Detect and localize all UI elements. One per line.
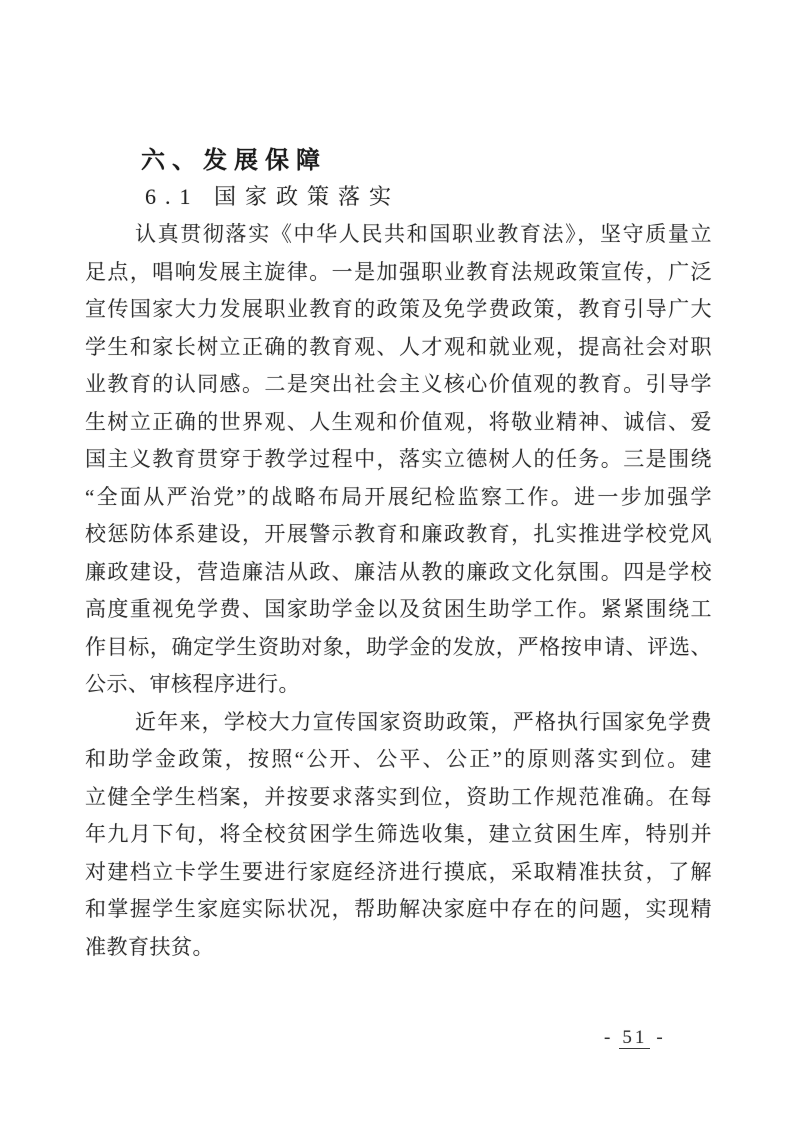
text-line: 和助学金政策，按照“公开、公平、公正”的原则落实到位。建 [85, 741, 712, 779]
page-number-value: 51 [619, 1027, 650, 1049]
text-line: 宣传国家大力发展职业教育的政策及免学费政策，教育引导广大 [85, 291, 712, 329]
text-line: 准教育扶贫。 [85, 929, 712, 967]
text-line: 生树立正确的世界观、人生观和价值观，将敬业精神、诚信、爱 [85, 404, 712, 442]
text-line: 认真贯彻落实《中华人民共和国职业教育法》，坚守质量立 [85, 216, 712, 254]
text-line: 廉政建设，营造廉洁从政、廉洁从教的廉政文化氛围。四是学校 [85, 554, 712, 592]
text-line: 业教育的认同感。二是突出社会主义核心价值观的教育。引导学 [85, 366, 712, 404]
page-number-suffix: - [656, 1027, 665, 1048]
text-line: 国主义教育贯穿于教学过程中，落实立德树人的任务。三是围绕 [85, 441, 712, 479]
text-line: 立健全学生档案，并按要求落实到位，资助工作规范准确。在每 [85, 779, 712, 817]
text-line: 对建档立卡学生要进行家庭经济进行摸底，采取精准扶贫，了解 [85, 854, 712, 892]
text-line: 校惩防体系建设，开展警示教育和廉政教育，扎实推进学校党风 [85, 516, 712, 554]
text-line: 近年来，学校大力宣传国家资助政策，严格执行国家免学费 [85, 704, 712, 742]
text-line: 作目标，确定学生资助对象，助学金的发放，严格按申请、评选、 [85, 629, 712, 667]
text-line: 足点，唱响发展主旋律。一是加强职业教育法规政策宣传，广泛 [85, 254, 712, 292]
text-line: 年九月下旬，将全校贫困学生筛选收集，建立贫困生库，特别并 [85, 816, 712, 854]
document-page: 六、发展保障 6.1 国家政策落实 认真贯彻落实《中华人民共和国职业教育法》，坚… [0, 0, 794, 1123]
text-line: 高度重视免学费、国家助学金以及贫困生助学工作。紧紧围绕工 [85, 591, 712, 629]
paragraph: 认真贯彻落实《中华人民共和国职业教育法》，坚守质量立 足点，唱响发展主旋律。一是… [85, 216, 712, 704]
paragraph: 近年来，学校大力宣传国家资助政策，严格执行国家免学费 和助学金政策，按照“公开、… [85, 704, 712, 967]
text-line: 公示、审核程序进行。 [85, 666, 712, 704]
page-number-prefix: - [604, 1027, 613, 1048]
document-body: 认真贯彻落实《中华人民共和国职业教育法》，坚守质量立 足点，唱响发展主旋律。一是… [85, 216, 712, 966]
text-line: “全面从严治党”的战略布局开展纪检监察工作。进一步加强学 [85, 479, 712, 517]
text-line: 学生和家长树立正确的教育观、人才观和就业观，提高社会对职 [85, 329, 712, 367]
page-number: -51- [604, 1027, 666, 1049]
text-line: 和掌握学生家庭实际状况，帮助解决家庭中存在的问题，实现精 [85, 891, 712, 929]
subsection-heading: 6.1 国家政策落实 [145, 185, 712, 209]
section-heading: 六、发展保障 [141, 148, 712, 174]
